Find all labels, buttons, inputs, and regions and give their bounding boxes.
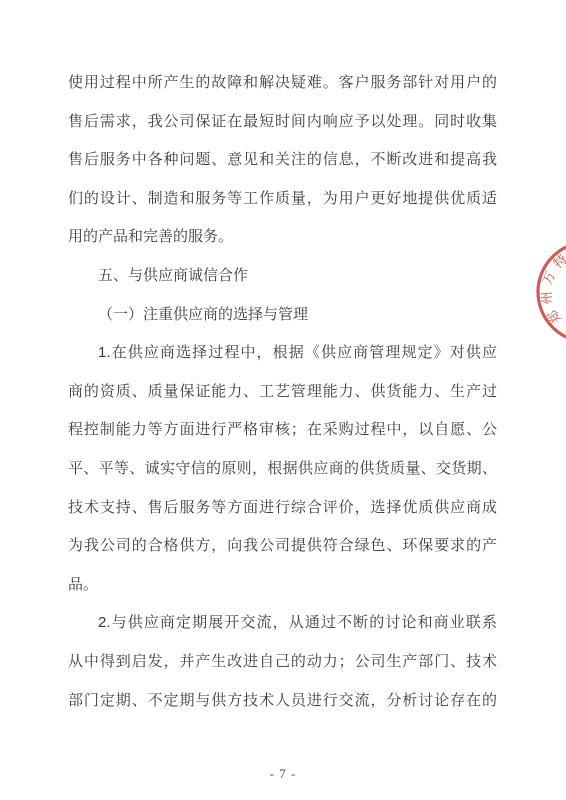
text-line: 品。 bbox=[68, 566, 497, 605]
text-line: 商的资质、质量保证能力、工艺管理能力、供货能力、生产过 bbox=[68, 373, 497, 412]
document-page: 使用过程中所产生的故障和解决疑难。客户服务部针对用户的 售后需求，我公司保证在最… bbox=[0, 0, 566, 800]
text-line: 为我公司的合格供方，向我公司提供符合绿色、环保要求的产 bbox=[68, 527, 497, 566]
text-line: 程控制能力等方面进行严格审核；在采购过程中，以自愿、公 bbox=[68, 411, 497, 450]
text-line: 使用过程中所产生的故障和解决疑难。客户服务部针对用户的 bbox=[68, 64, 497, 103]
document-body: 使用过程中所产生的故障和解决疑难。客户服务部针对用户的 售后需求，我公司保证在最… bbox=[68, 64, 497, 720]
text-line: 2.与供应商定期展开交流，从通过不断的讨论和商业联系 bbox=[68, 604, 497, 643]
text-line: 1.在供应商选择过程中，根据《供应商管理规定》对供应 bbox=[68, 334, 497, 373]
seal-ring bbox=[538, 242, 566, 342]
page-number: - 7 - bbox=[0, 766, 566, 782]
text-line: 技术支持、售后服务等方面进行综合评价，选择优质供应商成 bbox=[68, 489, 497, 528]
section-heading: 五、与供应商诚信合作 bbox=[68, 257, 497, 296]
text-line: 售后需求，我公司保证在最短时间内响应予以处理。同时收集 bbox=[68, 103, 497, 142]
text-line: 平、平等、诚实守信的原则，根据供应商的供货质量、交货期、 bbox=[68, 450, 497, 489]
text-line: 从中得到启发，并产生改进自己的动力；公司生产部门、技术 bbox=[68, 643, 497, 682]
subsection-heading: （一）注重供应商的选择与管理 bbox=[68, 296, 497, 335]
text-line: 们的设计、制造和服务等工作质量，为用户更好地提供优质适 bbox=[68, 180, 497, 219]
seal-text: 郑州万特 bbox=[538, 248, 566, 326]
text-line: 售后服务中各种问题、意见和关注的信息，不断改进和提高我 bbox=[68, 141, 497, 180]
text-line: 用的产品和完善的服务。 bbox=[68, 218, 497, 257]
text-line: 部门定期、不定期与供方技术人员进行交流，分析讨论存在的 bbox=[68, 682, 497, 721]
